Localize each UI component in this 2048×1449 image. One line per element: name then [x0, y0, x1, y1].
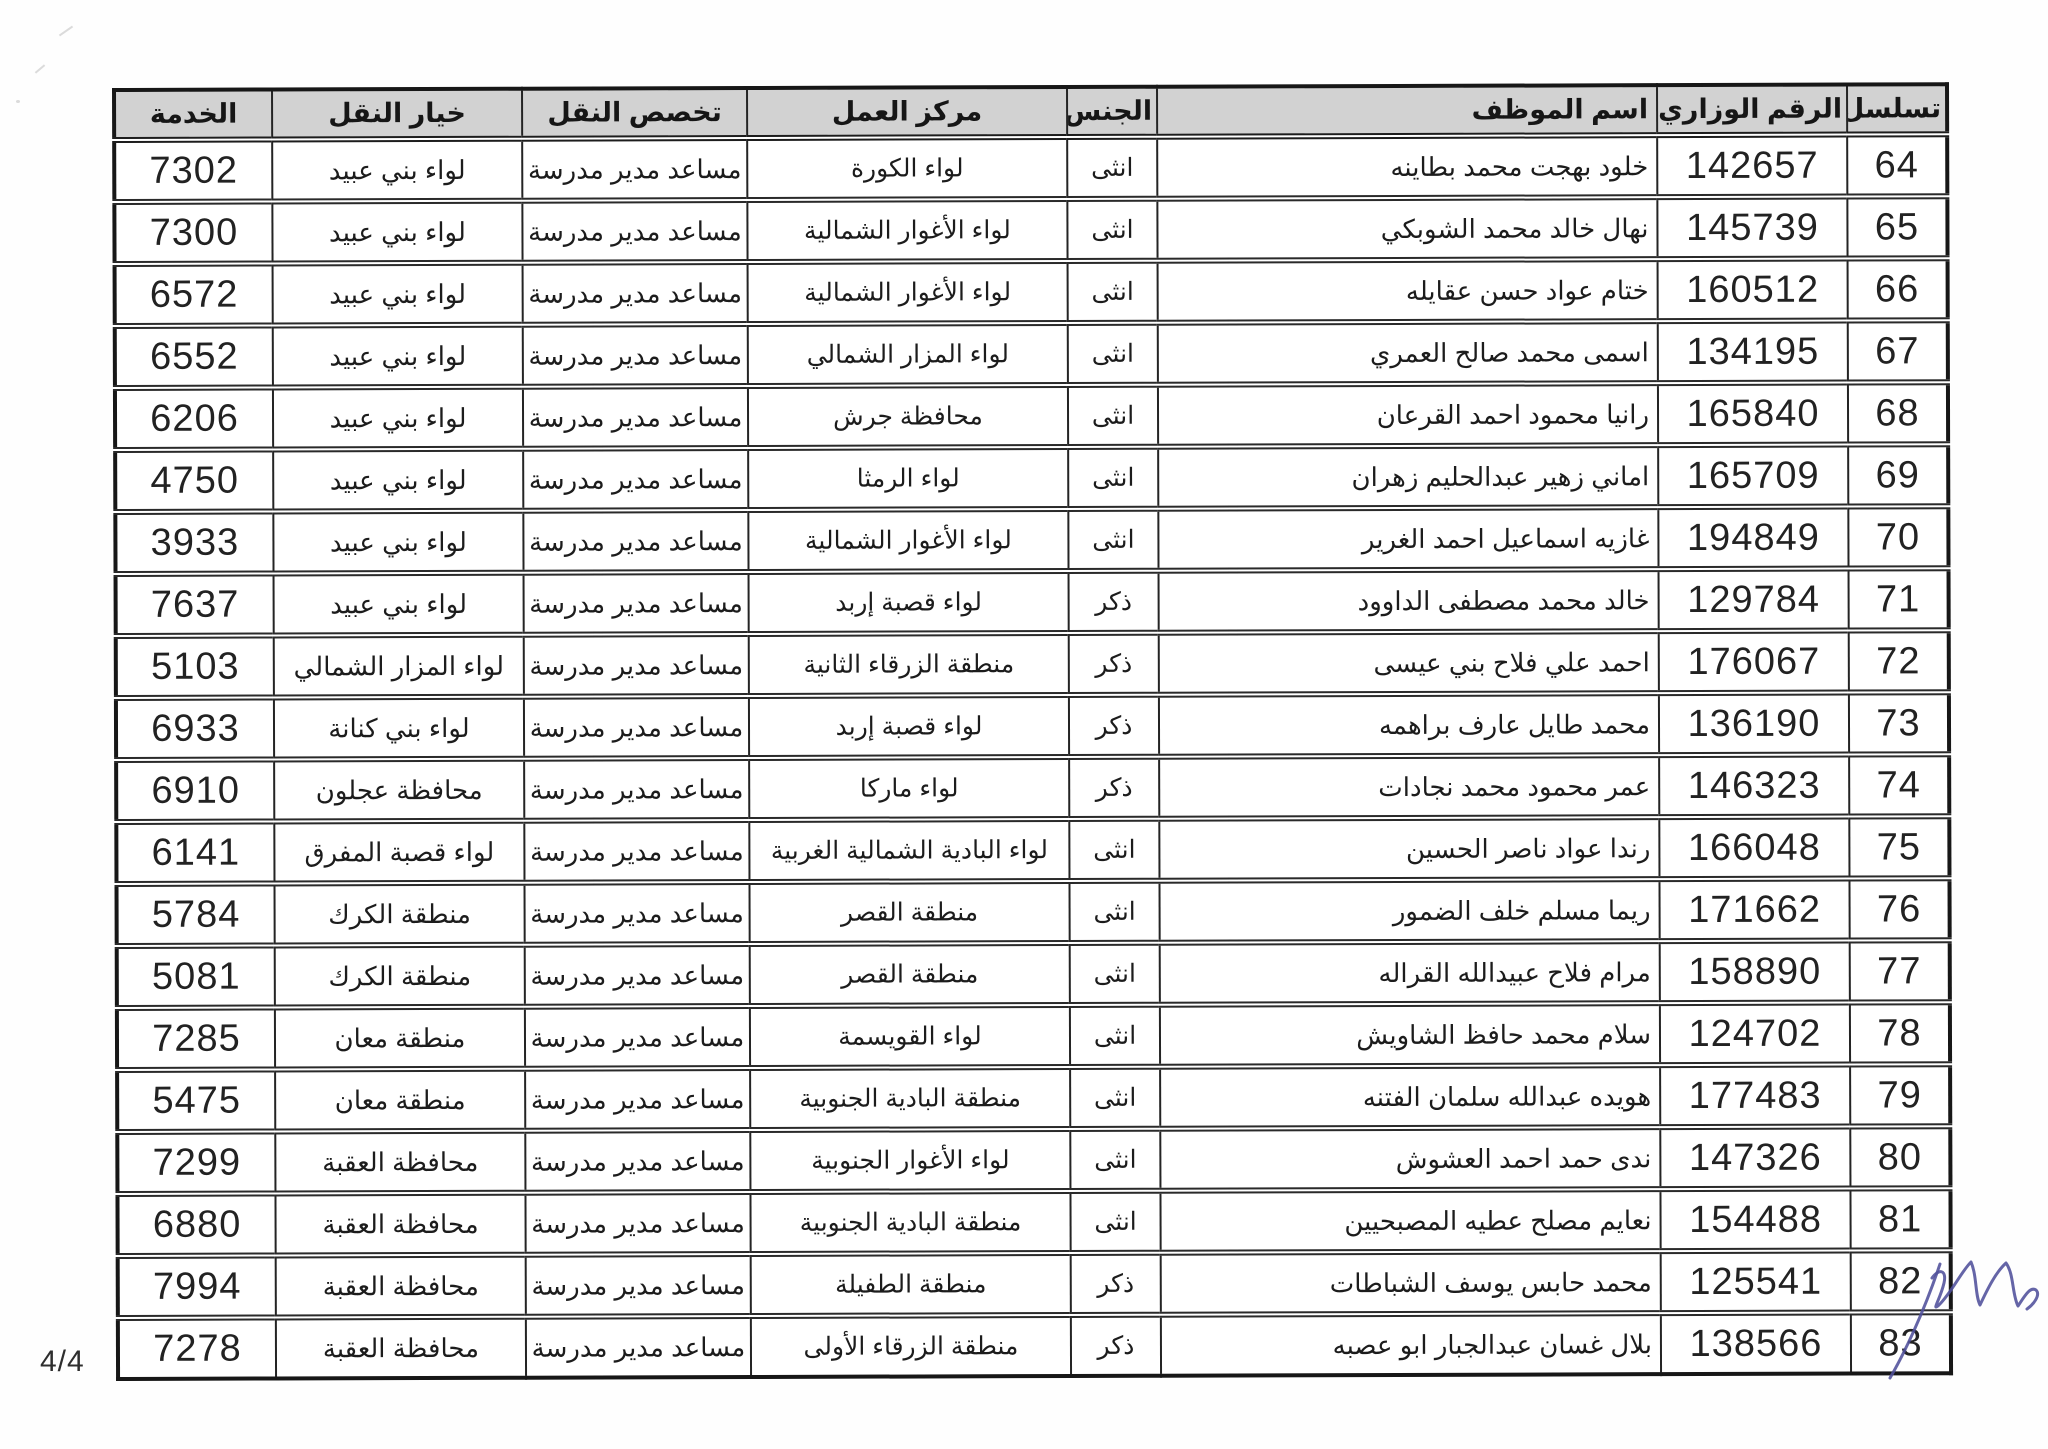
cell-serial: 73 — [1849, 692, 1949, 754]
cell-gender: انثى — [1068, 385, 1158, 447]
cell-transfer-option: محافظة العقبة — [275, 1131, 525, 1194]
cell-gender: انثى — [1067, 199, 1157, 261]
cell-transfer-specialty: مساعد مدير مدرسة — [524, 758, 749, 821]
cell-ministry-number: 145739 — [1657, 197, 1847, 260]
cell-ministry-number: 176067 — [1659, 631, 1849, 694]
cell-transfer-option: منطقة معان — [275, 1069, 525, 1132]
cell-work-center: لواء الأغوار الشمالية — [748, 261, 1068, 324]
cell-transfer-option: محافظة العقبة — [276, 1255, 526, 1318]
cell-transfer-specialty: مساعد مدير مدرسة — [523, 448, 748, 511]
cell-serial: 65 — [1847, 196, 1947, 258]
cell-transfer-specialty: مساعد مدير مدرسة — [522, 138, 747, 201]
cell-gender: انثى — [1070, 1191, 1160, 1253]
cell-serial: 76 — [1849, 878, 1949, 940]
scan-artifact — [16, 100, 20, 103]
table-row: 74146323عمر محمود محمد نجاداتذكرلواء مار… — [116, 754, 1949, 822]
cell-gender: ذكر — [1069, 571, 1159, 633]
cell-employee-name: سلام محمد حافظ الشاويش — [1160, 1003, 1660, 1067]
cell-employee-name: خلود بهجت محمد بطاينه — [1157, 135, 1657, 199]
cell-employee-name: احمد علي فلاح بني عيسى — [1159, 631, 1659, 695]
cell-gender: انثى — [1067, 137, 1157, 199]
cell-transfer-option: لواء بني عبيد — [273, 387, 523, 450]
cell-work-center: لواء الرمثا — [748, 447, 1068, 510]
cell-ministry-number: 171662 — [1659, 879, 1849, 942]
cell-work-center: منطقة الزرقاء الأولى — [751, 1315, 1071, 1377]
table-row: 68165840رانيا محمود احمد القرعانانثىمحاف… — [115, 382, 1948, 450]
cell-work-center: منطقة الزرقاء الثانية — [749, 633, 1069, 696]
table-row: 67134195اسمى محمد صالح العمريانثىلواء ال… — [115, 320, 1948, 388]
cell-transfer-specialty: مساعد مدير مدرسة — [523, 324, 748, 387]
cell-transfer-specialty: مساعد مدير مدرسة — [526, 1316, 751, 1378]
header-gender: الجنس — [1067, 87, 1157, 137]
cell-service: 6910 — [116, 759, 274, 821]
cell-ministry-number: 146323 — [1659, 755, 1849, 818]
cell-work-center: لواء الأغوار الشمالية — [747, 199, 1067, 262]
cell-employee-name: عمر محمود محمد نجادات — [1159, 755, 1659, 819]
cell-transfer-specialty: مساعد مدير مدرسة — [524, 696, 749, 759]
header-serial: تسلسل — [1847, 84, 1947, 134]
cell-employee-name: محمد حابس يوسف الشباطات — [1161, 1251, 1661, 1315]
cell-serial: 69 — [1848, 444, 1948, 506]
cell-gender: انثى — [1069, 881, 1159, 943]
cell-transfer-specialty: مساعد مدير مدرسة — [525, 1130, 750, 1193]
cell-ministry-number: 129784 — [1659, 569, 1849, 632]
cell-transfer-specialty: مساعد مدير مدرسة — [523, 262, 748, 325]
cell-work-center: منطقة القصر — [749, 881, 1069, 944]
cell-ministry-number: 142657 — [1657, 135, 1847, 198]
table-row: 64142657خلود بهجت محمد بطاينهانثىلواء ال… — [114, 134, 1947, 202]
cell-transfer-option: لواء بني عبيد — [274, 573, 524, 636]
table-row: 76171662ريما مسلم خلف الضمورانثىمنطقة ال… — [117, 878, 1950, 946]
cell-ministry-number: 154488 — [1660, 1189, 1850, 1252]
cell-gender: انثى — [1068, 261, 1158, 323]
cell-work-center: لواء الكورة — [747, 137, 1067, 200]
cell-transfer-specialty: مساعد مدير مدرسة — [524, 820, 749, 883]
cell-service: 6552 — [115, 325, 273, 387]
table-header-row: تسلسل الرقم الوزاري اسم الموظف الجنس مرك… — [114, 84, 1947, 140]
cell-work-center: محافظة جرش — [748, 385, 1068, 448]
cell-employee-name: ريما مسلم خلف الضمور — [1159, 879, 1659, 943]
cell-work-center: لواء المزار الشمالي — [748, 323, 1068, 386]
cell-transfer-specialty: مساعد مدير مدرسة — [523, 386, 748, 449]
cell-gender: ذكر — [1071, 1315, 1161, 1376]
cell-ministry-number: 158890 — [1660, 941, 1850, 1004]
table-body: 64142657خلود بهجت محمد بطاينهانثىلواء ال… — [114, 134, 1951, 1379]
cell-gender: انثى — [1068, 447, 1158, 509]
cell-transfer-option: لواء بني عبيد — [273, 511, 523, 574]
cell-ministry-number: 138566 — [1661, 1313, 1851, 1375]
cell-ministry-number: 136190 — [1659, 693, 1849, 756]
scan-artifact — [59, 26, 73, 37]
cell-transfer-option: منطقة معان — [275, 1007, 525, 1070]
cell-ministry-number: 165709 — [1658, 445, 1848, 508]
cell-gender: ذكر — [1071, 1253, 1161, 1315]
cell-serial: 75 — [1849, 816, 1949, 878]
cell-work-center: لواء قصبة إربد — [749, 571, 1069, 634]
cell-gender: ذكر — [1069, 633, 1159, 695]
header-transfer-specialty: تخصص النقل — [522, 88, 747, 139]
cell-serial: 70 — [1848, 506, 1948, 568]
cell-employee-name: ندى حمد احمد العشوش — [1160, 1127, 1660, 1191]
cell-serial: 66 — [1848, 258, 1948, 320]
cell-service: 5475 — [117, 1069, 275, 1131]
header-transfer-option: خيار النقل — [272, 89, 522, 140]
cell-employee-name: محمد طايل عارف براهمه — [1159, 693, 1659, 757]
table-row: 69165709اماني زهير عبدالحليم زهرانانثىلو… — [115, 444, 1948, 512]
cell-ministry-number: 124702 — [1660, 1003, 1850, 1066]
table-row: 80147326ندى حمد احمد العشوشانثىلواء الأغ… — [117, 1126, 1950, 1194]
cell-transfer-option: لواء بني عبيد — [273, 449, 523, 512]
cell-service: 6141 — [116, 821, 274, 883]
cell-transfer-option: لواء بني عبيد — [273, 325, 523, 388]
cell-ministry-number: 147326 — [1660, 1127, 1850, 1190]
table-row: 82125541محمد حابس يوسف الشباطاتذكرمنطقة … — [118, 1250, 1951, 1318]
table-row: 83138566بلال غسان عبدالجبار ابو عصبهذكرم… — [118, 1312, 1951, 1379]
table-row: 72176067احمد علي فلاح بني عيسىذكرمنطقة ا… — [116, 630, 1949, 698]
cell-work-center: منطقة البادية الجنوبية — [750, 1067, 1070, 1130]
header-service: الخدمة — [114, 89, 272, 139]
cell-work-center: لواء قصبة إربد — [749, 695, 1069, 758]
cell-service: 6880 — [117, 1193, 275, 1255]
cell-transfer-option: لواء بني عبيد — [273, 263, 523, 326]
transfer-table-container: تسلسل الرقم الوزاري اسم الموظف الجنس مرك… — [112, 82, 1953, 1381]
cell-employee-name: رانيا محمود احمد القرعان — [1158, 383, 1658, 447]
cell-service: 3933 — [115, 511, 273, 573]
cell-service: 7299 — [117, 1131, 275, 1193]
cell-transfer-specialty: مساعد مدير مدرسة — [524, 634, 749, 697]
cell-service: 7285 — [117, 1007, 275, 1069]
cell-serial: 79 — [1850, 1064, 1950, 1126]
signature-stroke-scribble — [1932, 1262, 2038, 1309]
cell-transfer-specialty: مساعد مدير مدرسة — [525, 944, 750, 1007]
cell-work-center: منطقة البادية الجنوبية — [750, 1191, 1070, 1254]
cell-ministry-number: 166048 — [1659, 817, 1849, 880]
table-row: 66160512ختام عواد حسن عقايلهانثىلواء الأ… — [115, 258, 1948, 326]
page-number: 4/4 — [40, 1345, 85, 1379]
cell-serial: 67 — [1848, 320, 1948, 382]
table-row: 81154488نعايم مصلح عطيه المصبحيينانثىمنط… — [117, 1188, 1950, 1256]
cell-serial: 71 — [1849, 568, 1949, 630]
cell-transfer-specialty: مساعد مدير مدرسة — [522, 200, 747, 263]
table-row: 78124702سلام محمد حافظ الشاويشانثىلواء ا… — [117, 1002, 1950, 1070]
scan-artifact — [35, 64, 45, 73]
cell-employee-name: نعايم مصلح عطيه المصبحيين — [1160, 1189, 1660, 1253]
handwritten-signature — [1882, 1250, 2048, 1390]
cell-gender: انثى — [1070, 1129, 1160, 1191]
cell-transfer-option: منطقة الكرك — [275, 945, 525, 1008]
cell-transfer-option: لواء بني كنانة — [274, 697, 524, 760]
table-row: 75166048رندا عواد ناصر الحسينانثىلواء ال… — [116, 816, 1949, 884]
employee-transfer-table: تسلسل الرقم الوزاري اسم الموظف الجنس مرك… — [112, 82, 1953, 1381]
cell-gender: ذكر — [1069, 695, 1159, 757]
cell-ministry-number: 160512 — [1658, 259, 1848, 322]
cell-service: 7278 — [118, 1317, 276, 1378]
cell-employee-name: مرام فلاح عبيدالله القراله — [1160, 941, 1660, 1005]
table-row: 73136190محمد طايل عارف براهمهذكرلواء قصب… — [116, 692, 1949, 760]
cell-transfer-option: لواء قصبة المفرق — [274, 821, 524, 884]
cell-ministry-number: 194849 — [1658, 507, 1848, 570]
cell-ministry-number: 125541 — [1661, 1251, 1851, 1314]
cell-service: 5103 — [116, 635, 274, 697]
cell-gender: انثى — [1070, 1005, 1160, 1067]
cell-serial: 72 — [1849, 630, 1949, 692]
cell-gender: انثى — [1070, 943, 1160, 1005]
table-row: 65145739نهال خالد محمد الشوبكيانثىلواء ا… — [114, 196, 1947, 264]
cell-gender: انثى — [1070, 1067, 1160, 1129]
cell-serial: 77 — [1850, 940, 1950, 1002]
cell-gender: انثى — [1068, 509, 1158, 571]
cell-serial: 80 — [1850, 1126, 1950, 1188]
cell-gender: ذكر — [1069, 757, 1159, 819]
cell-work-center: لواء البادية الشمالية الغربية — [749, 819, 1069, 882]
cell-work-center: لواء الأغوار الجنوبية — [750, 1129, 1070, 1192]
cell-ministry-number: 134195 — [1658, 321, 1848, 384]
cell-service: 5081 — [117, 945, 275, 1007]
cell-service: 7300 — [114, 201, 272, 263]
cell-gender: انثى — [1069, 819, 1159, 881]
cell-service: 7994 — [118, 1255, 276, 1317]
cell-ministry-number: 177483 — [1660, 1065, 1850, 1128]
cell-transfer-option: لواء بني عبيد — [272, 139, 522, 202]
cell-transfer-specialty: مساعد مدير مدرسة — [524, 882, 749, 945]
table-row: 70194849غازيه اسماعيل احمد الغريرانثىلوا… — [115, 506, 1948, 574]
cell-serial: 64 — [1847, 134, 1947, 196]
cell-work-center: لواء القويسمة — [750, 1005, 1070, 1068]
table-row: 79177483هويده عبدالله سلمان الفتنهانثىمن… — [117, 1064, 1950, 1132]
scanned-document-page: تسلسل الرقم الوزاري اسم الموظف الجنس مرك… — [0, 0, 2048, 1449]
cell-transfer-specialty: مساعد مدير مدرسة — [525, 1006, 750, 1069]
cell-transfer-specialty: مساعد مدير مدرسة — [523, 510, 748, 573]
table-row: 71129784خالد محمد مصطفى الداوودذكرلواء ق… — [116, 568, 1949, 636]
cell-gender: انثى — [1068, 323, 1158, 385]
cell-service: 6933 — [116, 697, 274, 759]
cell-serial: 81 — [1850, 1188, 1950, 1250]
cell-employee-name: اسمى محمد صالح العمري — [1158, 321, 1658, 385]
cell-service: 7302 — [114, 139, 272, 201]
header-ministry-number: الرقم الوزاري — [1657, 85, 1847, 136]
cell-employee-name: ختام عواد حسن عقايله — [1158, 259, 1658, 323]
cell-employee-name: رندا عواد ناصر الحسين — [1159, 817, 1659, 881]
cell-work-center: منطقة الطفيلة — [751, 1253, 1071, 1316]
cell-service: 6206 — [115, 387, 273, 449]
cell-serial: 74 — [1849, 754, 1949, 816]
cell-transfer-option: منطقة الكرك — [274, 883, 524, 946]
cell-service: 7637 — [116, 573, 274, 635]
cell-ministry-number: 165840 — [1658, 383, 1848, 446]
cell-employee-name: غازيه اسماعيل احمد الغرير — [1158, 507, 1658, 571]
cell-employee-name: خالد محمد مصطفى الداوود — [1159, 569, 1659, 633]
cell-transfer-option: محافظة العقبة — [276, 1317, 526, 1379]
header-employee-name: اسم الموظف — [1157, 85, 1657, 137]
cell-transfer-specialty: مساعد مدير مدرسة — [526, 1254, 751, 1317]
cell-transfer-option: محافظة عجلون — [274, 759, 524, 822]
cell-employee-name: اماني زهير عبدالحليم زهران — [1158, 445, 1658, 509]
cell-transfer-option: لواء بني عبيد — [272, 201, 522, 264]
cell-transfer-option: لواء المزار الشمالي — [274, 635, 524, 698]
cell-service: 6572 — [115, 263, 273, 325]
signature-stroke-diagonal — [1890, 1264, 1940, 1378]
cell-serial: 78 — [1850, 1002, 1950, 1064]
cell-transfer-specialty: مساعد مدير مدرسة — [525, 1068, 750, 1131]
cell-transfer-option: محافظة العقبة — [275, 1193, 525, 1256]
cell-service: 4750 — [115, 449, 273, 511]
cell-employee-name: نهال خالد محمد الشوبكي — [1157, 197, 1657, 261]
cell-service: 5784 — [117, 883, 275, 945]
cell-work-center: لواء ماركا — [749, 757, 1069, 820]
cell-work-center: لواء الأغوار الشمالية — [748, 509, 1068, 572]
cell-work-center: منطقة القصر — [750, 943, 1070, 1006]
header-work-center: مركز العمل — [747, 87, 1067, 138]
cell-employee-name: هويده عبدالله سلمان الفتنه — [1160, 1065, 1660, 1129]
table-row: 77158890مرام فلاح عبيدالله القرالهانثىمن… — [117, 940, 1950, 1008]
cell-serial: 68 — [1848, 382, 1948, 444]
cell-transfer-specialty: مساعد مدير مدرسة — [524, 572, 749, 635]
cell-transfer-specialty: مساعد مدير مدرسة — [525, 1192, 750, 1255]
cell-employee-name: بلال غسان عبدالجبار ابو عصبه — [1161, 1313, 1661, 1376]
